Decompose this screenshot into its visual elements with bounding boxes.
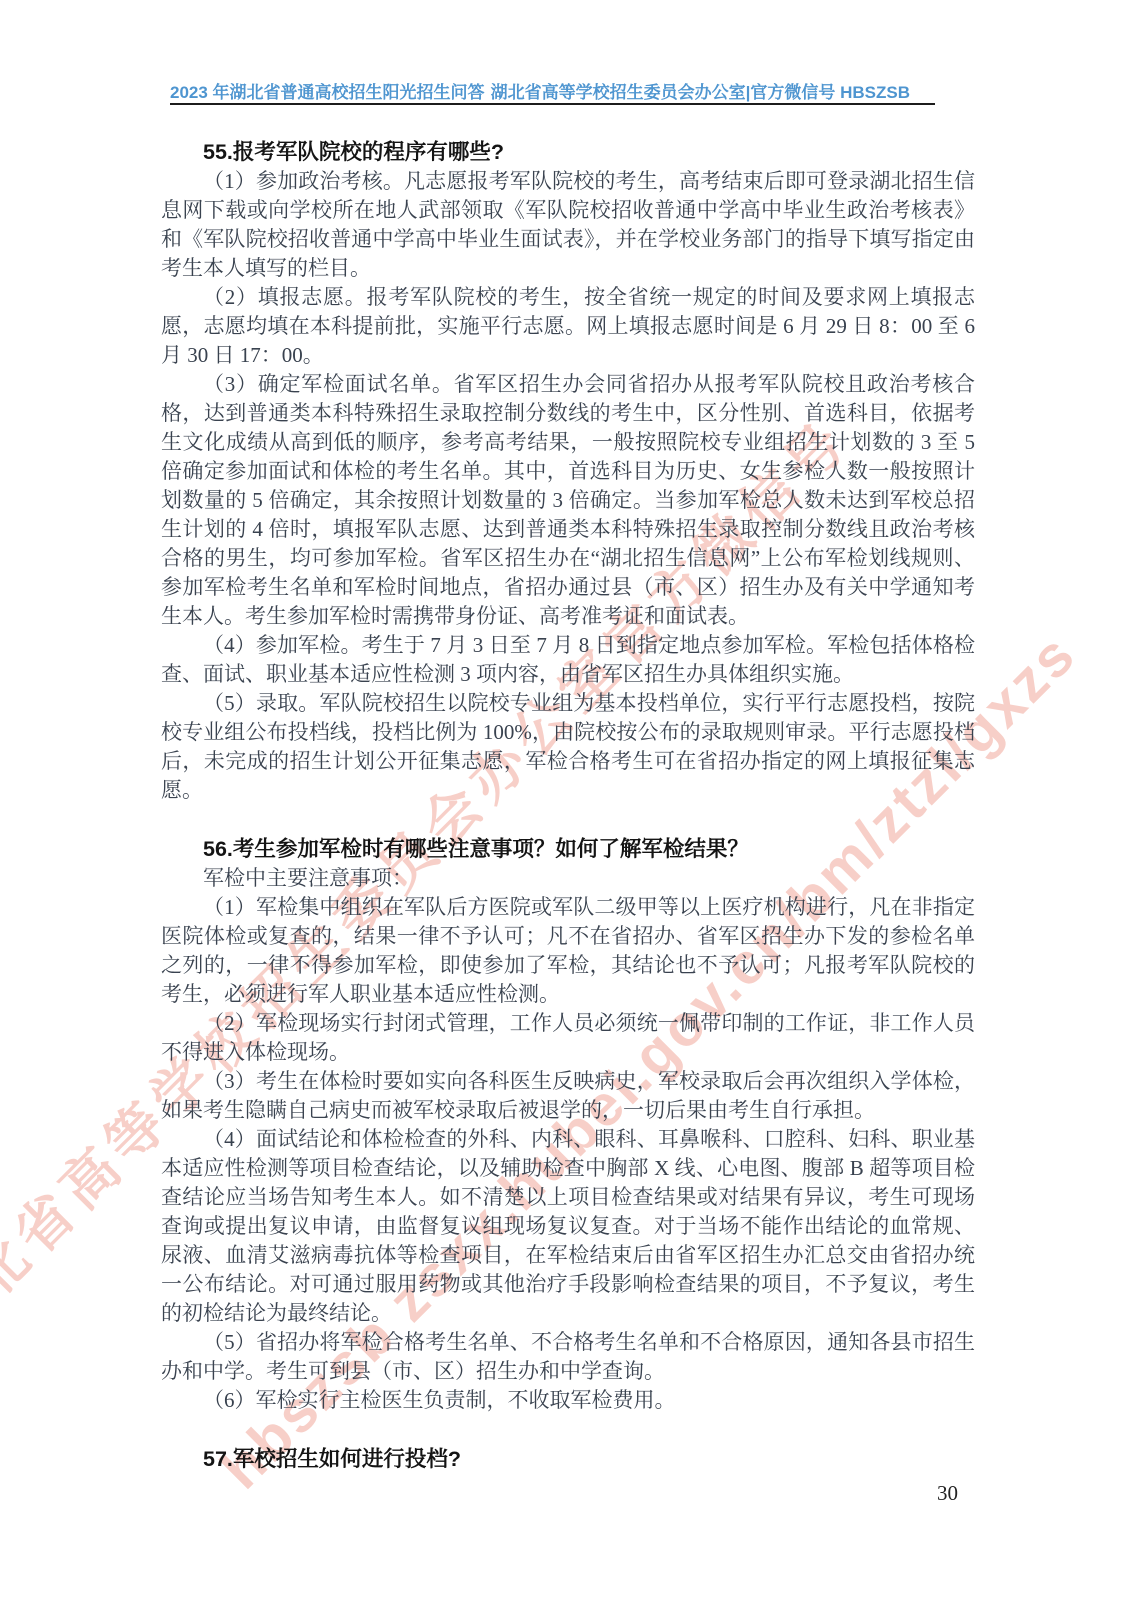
header-left-title: 2023 年湖北省普通高校招生阳光招生问答 [170, 78, 485, 103]
section-56-paragraph: （1）军检集中组织在军队后方医院或军队二级甲等以上医疗机构进行，凡在非指定医院体… [161, 893, 975, 1009]
header-right-title: 湖北省高等学校招生委员会办公室|官方微信号 HBSZSB [491, 78, 910, 103]
section-55-paragraph: （1）参加政治考核。凡志愿报考军队院校的考生，高考结束后即可登录湖北招生信息网下… [161, 167, 975, 283]
section-56-paragraph: （2）军检现场实行封闭式管理，工作人员必须统一佩带印制的工作证，非工作人员不得进… [161, 1009, 975, 1067]
section-55-paragraph: （3）确定军检面试名单。省军区招生办会同省招办从报考军队院校且政治考核合格，达到… [161, 370, 975, 631]
section-56-intro: 军检中主要注意事项： [161, 864, 975, 893]
section-56-paragraph: （5）省招办将军检合格考生名单、不合格考生名单和不合格原因，通知各县市招生办和中… [161, 1328, 975, 1386]
section-57-title: 57.军校招生如何进行投档? [161, 1445, 975, 1474]
section-55-paragraph: （5）录取。军队院校招生以院校专业组为基本投档单位，实行平行志愿投档，按院校专业… [161, 689, 975, 805]
page-number: 30 [937, 1481, 958, 1506]
section-55-paragraph: （4）参加军检。考生于 7 月 3 日至 7 月 8 日到指定地点参加军检。军检… [161, 631, 975, 689]
section-56-paragraph: （4）面试结论和体检检查的外科、内科、眼科、耳鼻喉科、口腔科、妇科、职业基本适应… [161, 1125, 975, 1328]
section-56-paragraph: （6）军检实行主检医生负责制，不收取军检费用。 [161, 1386, 975, 1415]
document-page: 2023 年湖北省普通高校招生阳光招生问答 湖北省高等学校招生委员会办公室|官方… [0, 0, 1131, 1600]
header-divider [170, 103, 935, 105]
section-56-paragraph: （3）考生在体检时要如实向各科医生反映病史，军校录取后会再次组织入学体检，如果考… [161, 1067, 975, 1125]
document-content: 55.报考军队院校的程序有哪些? （1）参加政治考核。凡志愿报考军队院校的考生，… [161, 138, 975, 1474]
section-55-paragraph: （2）填报志愿。报考军队院校的考生，按全省统一规定的时间及要求网上填报志愿，志愿… [161, 283, 975, 370]
section-55-title: 55.报考军队院校的程序有哪些? [161, 138, 975, 167]
page-header: 2023 年湖北省普通高校招生阳光招生问答 湖北省高等学校招生委员会办公室|官方… [170, 78, 910, 103]
section-56-title: 56.考生参加军检时有哪些注意事项？如何了解军检结果？ [161, 835, 975, 864]
